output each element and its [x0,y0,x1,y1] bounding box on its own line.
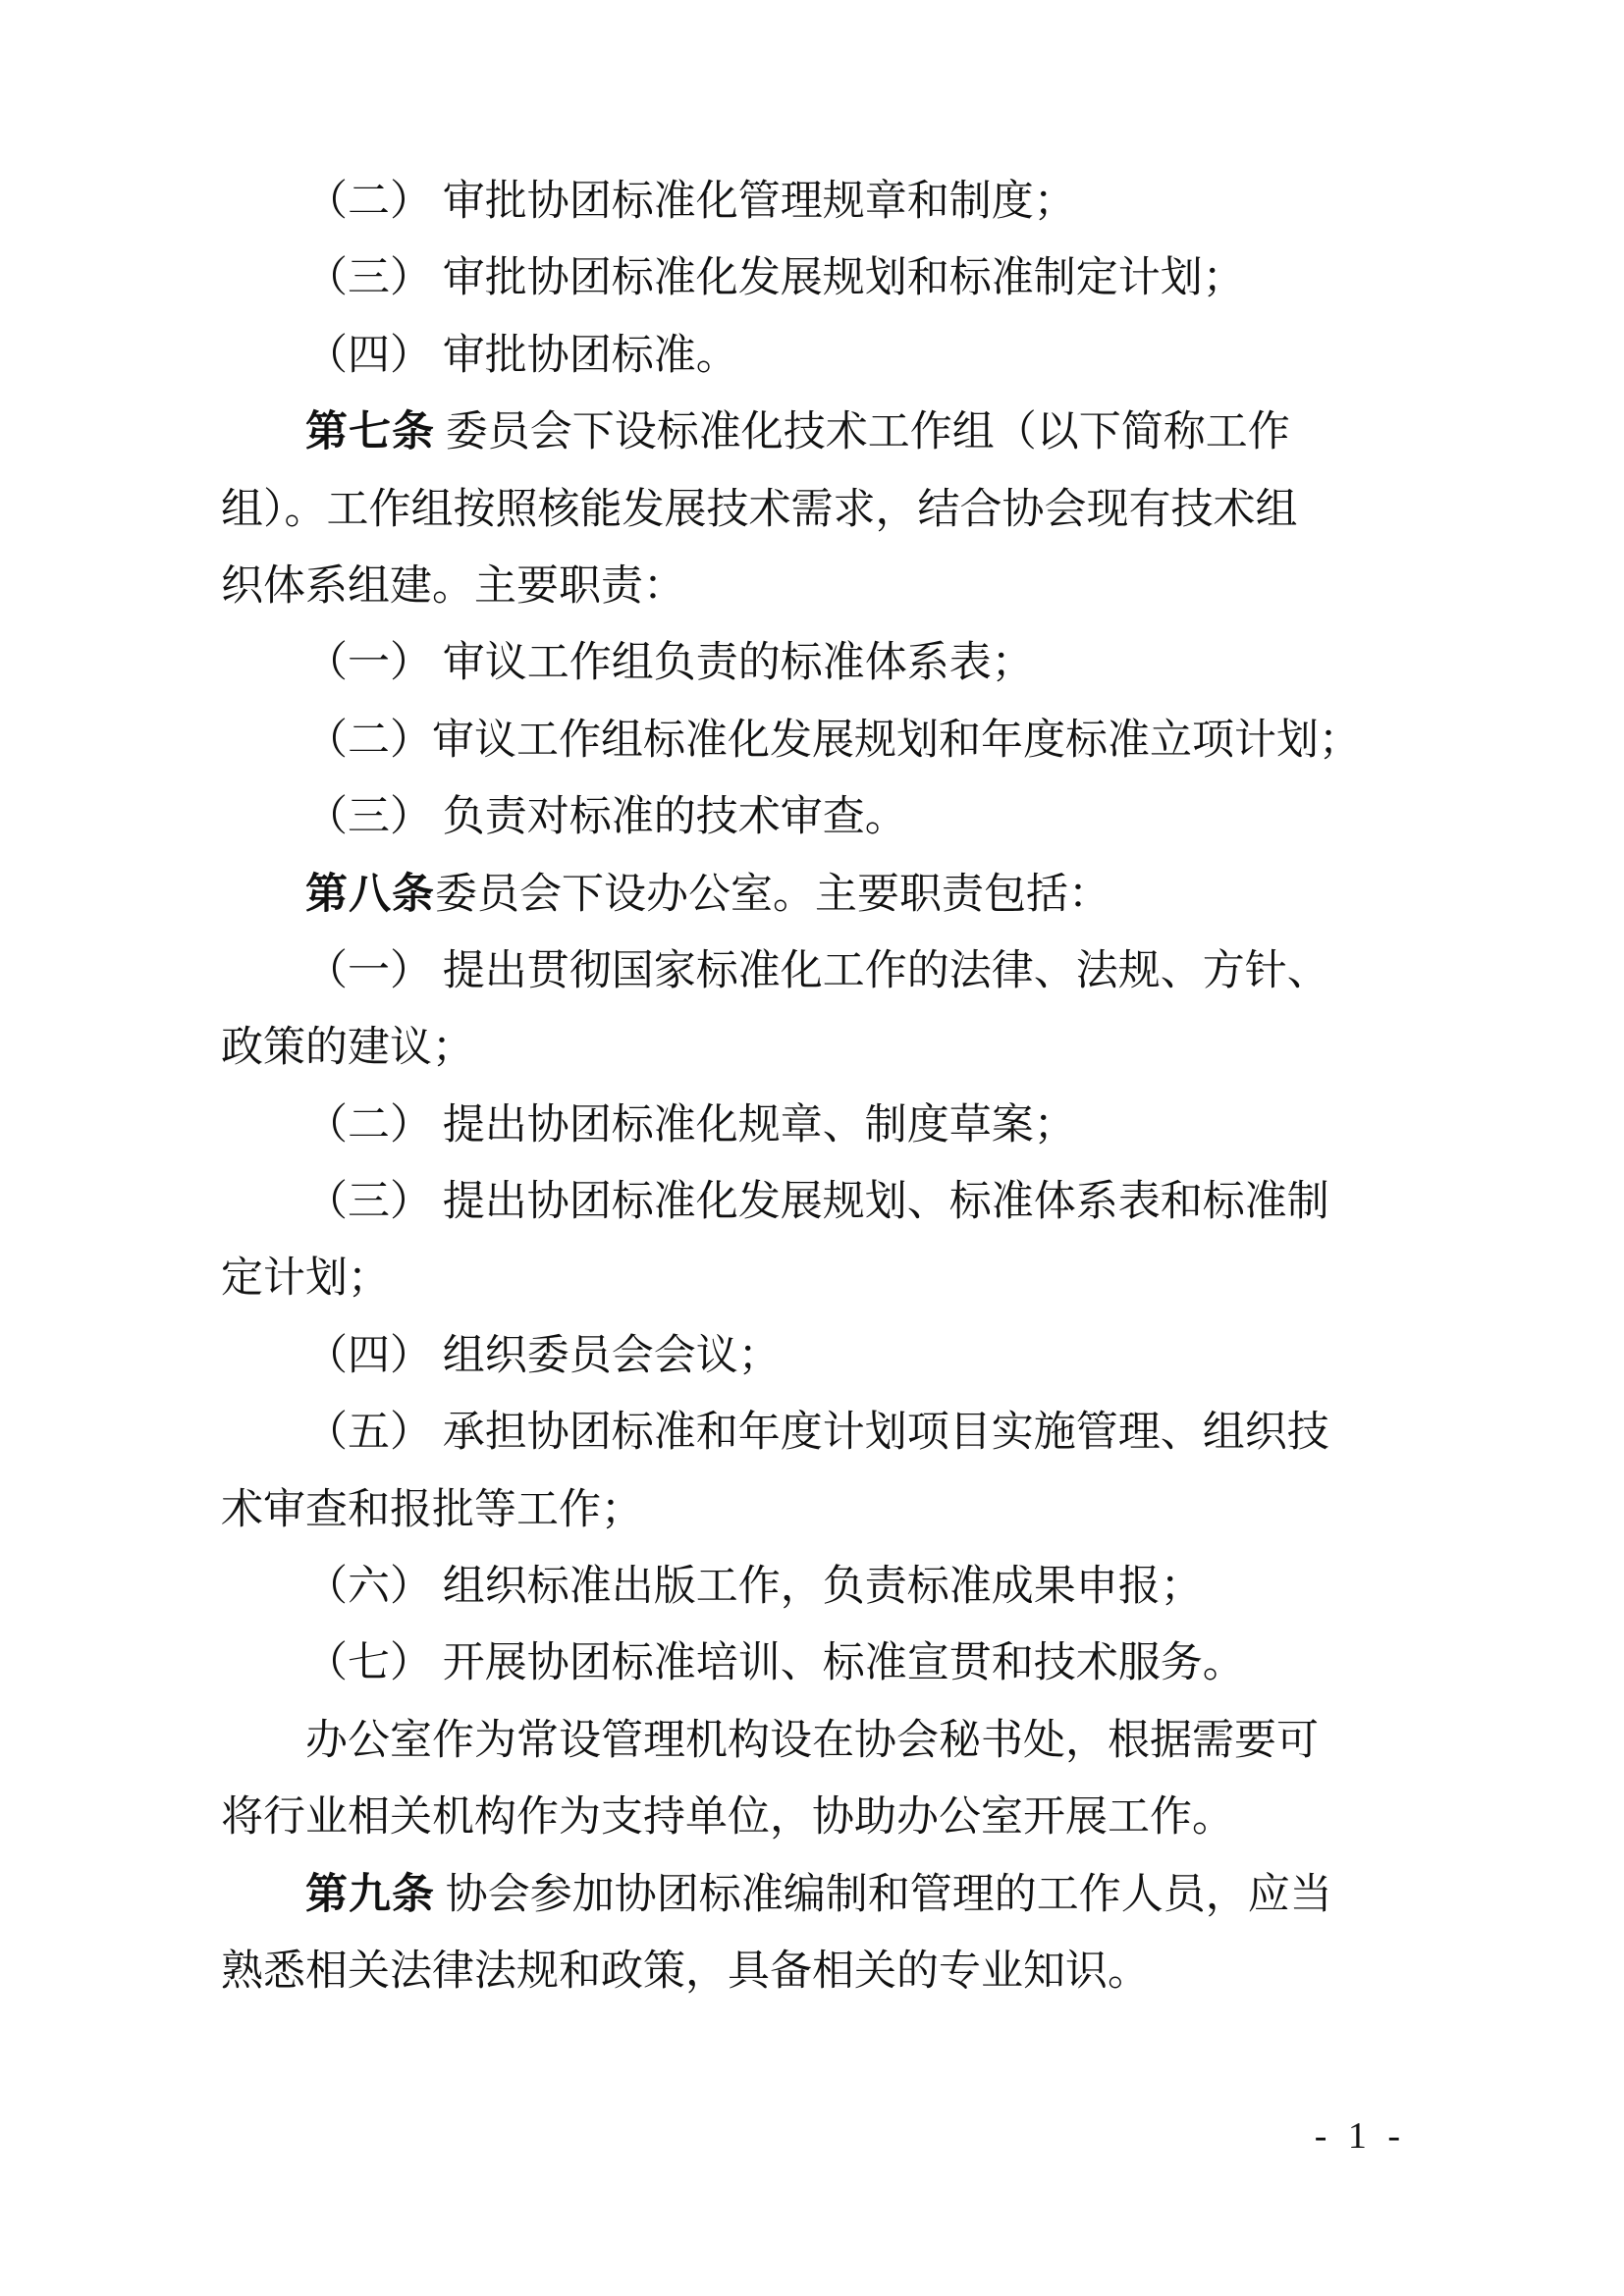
text-line: （五） 承担协团标准和年度计划项目实施管理、组织技 [221,1395,1362,1471]
text-line: 第七条 委员会下设标准化技术工作组（以下简称工作 [221,395,1362,471]
text-line: 政策的建议； [221,1010,1362,1087]
text-line: 定计划； [221,1241,1362,1317]
text-line: （一） 审议工作组负责的标准体系表； [221,625,1362,702]
text-line: （二） 审批协团标准化管理规章和制度； [221,164,1362,240]
text-line: 将行业相关机构作为支持单位，协助办公室开展工作。 [221,1780,1362,1856]
text-line: 术审查和报批等工作； [221,1472,1362,1549]
article-number: 第七条 [305,409,435,455]
text-line: 织体系组建。主要职责： [221,549,1362,625]
text-line: 熟悉相关法律法规和政策，具备相关的专业知识。 [221,1934,1362,2010]
document-page: （二） 审批协团标准化管理规章和制度；（三） 审批协团标准化发展规划和标准制定计… [0,0,1624,2296]
text-line: 组）。工作组按照核能发展技术需求，结合协会现有技术组 [221,472,1362,549]
text-line: （四） 审批协团标准。 [221,318,1362,395]
page-number: - 1 - [1315,2110,1406,2162]
text-line: （六） 组织标准出版工作，负责标准成果申报； [221,1549,1362,1626]
text-line: 第八条委员会下设办公室。主要职责包括： [221,857,1362,934]
text-line: 第九条 协会参加协团标准编制和管理的工作人员，应当 [221,1857,1362,1934]
text-line: （四） 组织委员会会议； [221,1318,1362,1395]
text-line: 办公室作为常设管理机构设在协会秘书处，根据需要可 [221,1703,1362,1780]
text-line: （三） 审批协团标准化发展规划和标准制定计划； [221,240,1362,317]
text-line: （七） 开展协团标准培训、标准宣贯和技术服务。 [221,1626,1362,1702]
article-number: 第八条 [305,872,435,918]
document-body: （二） 审批协团标准化管理规章和制度；（三） 审批协团标准化发展规划和标准制定计… [221,164,1362,2010]
article-number: 第九条 [305,1872,435,1918]
text-line: （二） 提出协团标准化规章、制度草案； [221,1088,1362,1164]
text-line: （三） 提出协团标准化发展规划、标准体系表和标准制 [221,1164,1362,1241]
text-line: （二）审议工作组标准化发展规划和年度标准立项计划； [221,703,1362,779]
text-line: （三） 负责对标准的技术审查。 [221,779,1362,856]
text-line: （一） 提出贯彻国家标准化工作的法律、法规、方针、 [221,934,1362,1010]
